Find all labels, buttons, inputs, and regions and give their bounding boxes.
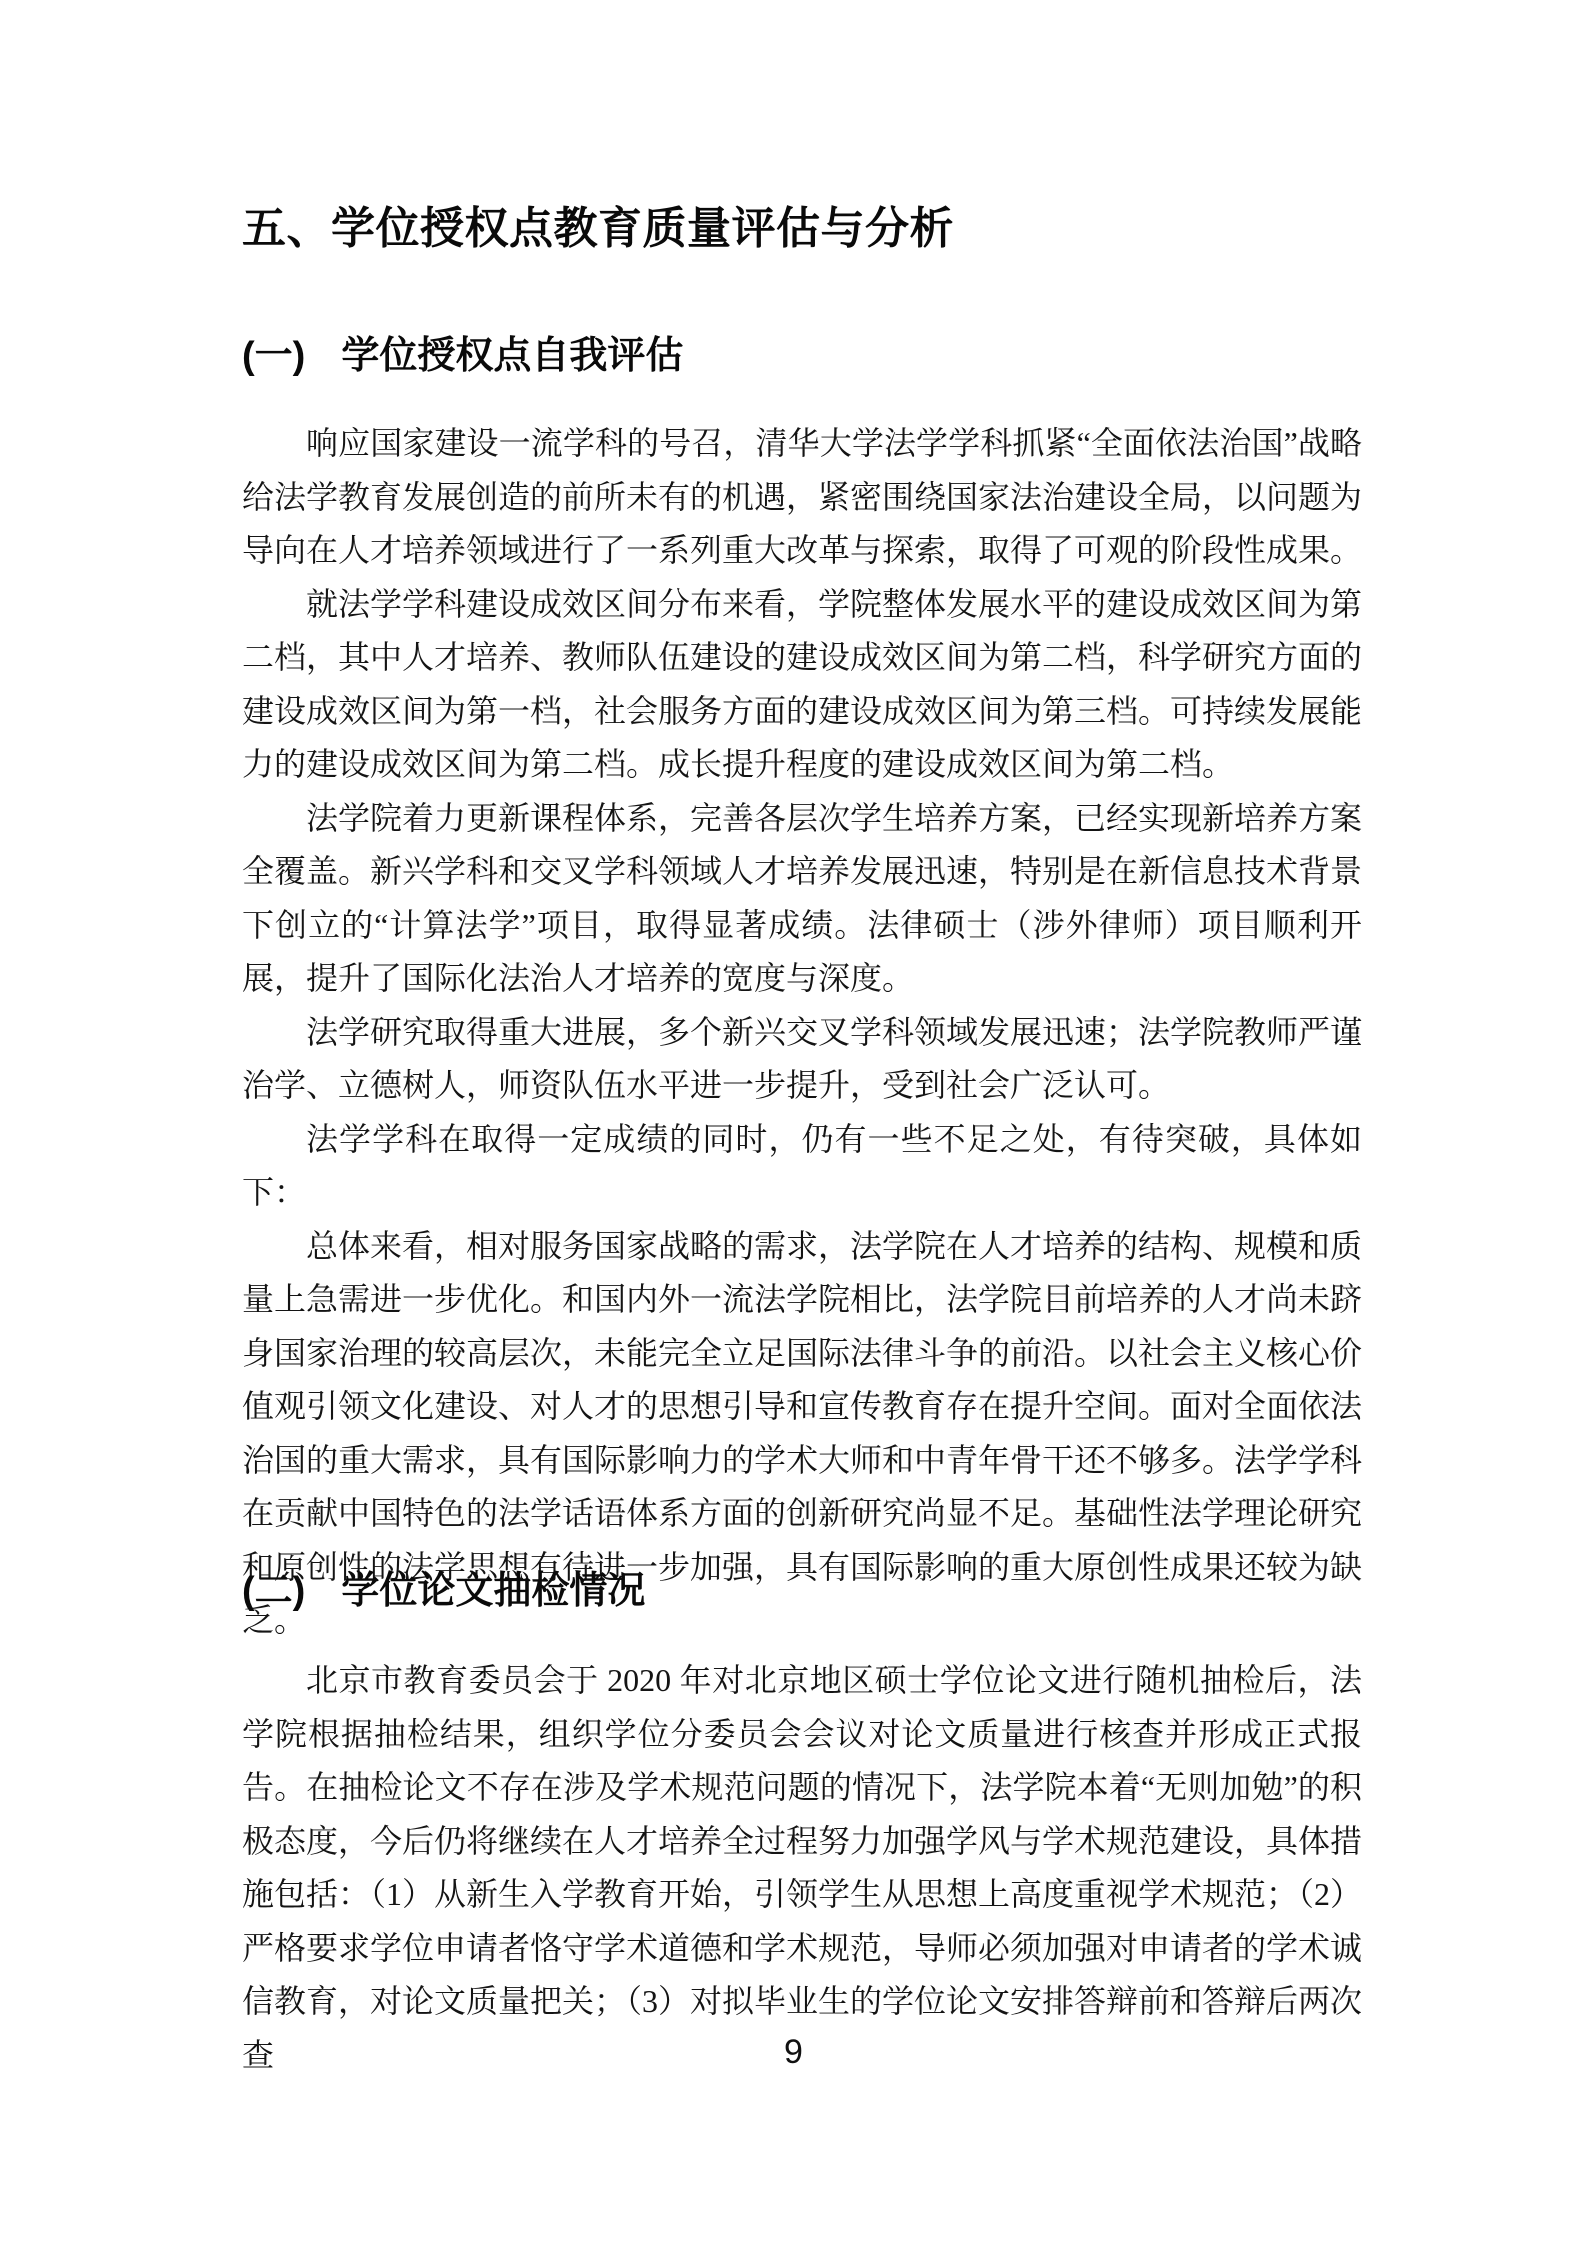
section-2-body: 北京市教育委员会于 2020 年对北京地区硕士学位论文进行随机抽检后，法学院根据… xyxy=(242,1654,1362,2082)
section-2-label: (二) xyxy=(242,1570,305,1612)
section-1-title: 学位授权点自我评估 xyxy=(341,335,683,377)
document-page: 五、学位授权点教育质量评估与分析 (一)学位授权点自我评估 响应国家建设一流学科… xyxy=(0,0,1587,2245)
paragraph: 北京市教育委员会于 2020 年对北京地区硕士学位论文进行随机抽检后，法学院根据… xyxy=(242,1654,1362,2082)
section-2-heading: (二)学位论文抽检情况 xyxy=(242,1568,1362,1614)
page-title: 五、学位授权点教育质量评估与分析 xyxy=(242,203,1362,255)
section-1-label: (一) xyxy=(242,335,305,377)
section-1-heading: (一)学位授权点自我评估 xyxy=(242,333,1362,379)
paragraph: 法学院着力更新课程体系，完善各层次学生培养方案，已经实现新培养方案全覆盖。新兴学… xyxy=(242,792,1362,1006)
section-2-title: 学位论文抽检情况 xyxy=(341,1570,645,1612)
paragraph: 就法学学科建设成效区间分布来看，学院整体发展水平的建设成效区间为第二档，其中人才… xyxy=(242,578,1362,792)
paragraph: 法学学科在取得一定成绩的同时，仍有一些不足之处，有待突破，具体如下： xyxy=(242,1113,1362,1220)
section-1-body: 响应国家建设一流学科的号召，清华大学法学学科抓紧“全面依法治国”战略给法学教育发… xyxy=(242,417,1362,1648)
paragraph: 响应国家建设一流学科的号召，清华大学法学学科抓紧“全面依法治国”战略给法学教育发… xyxy=(242,417,1362,578)
paragraph: 法学研究取得重大进展，多个新兴交叉学科领域发展迅速；法学院教师严谨治学、立德树人… xyxy=(242,1006,1362,1113)
page-number: 9 xyxy=(0,2032,1587,2072)
